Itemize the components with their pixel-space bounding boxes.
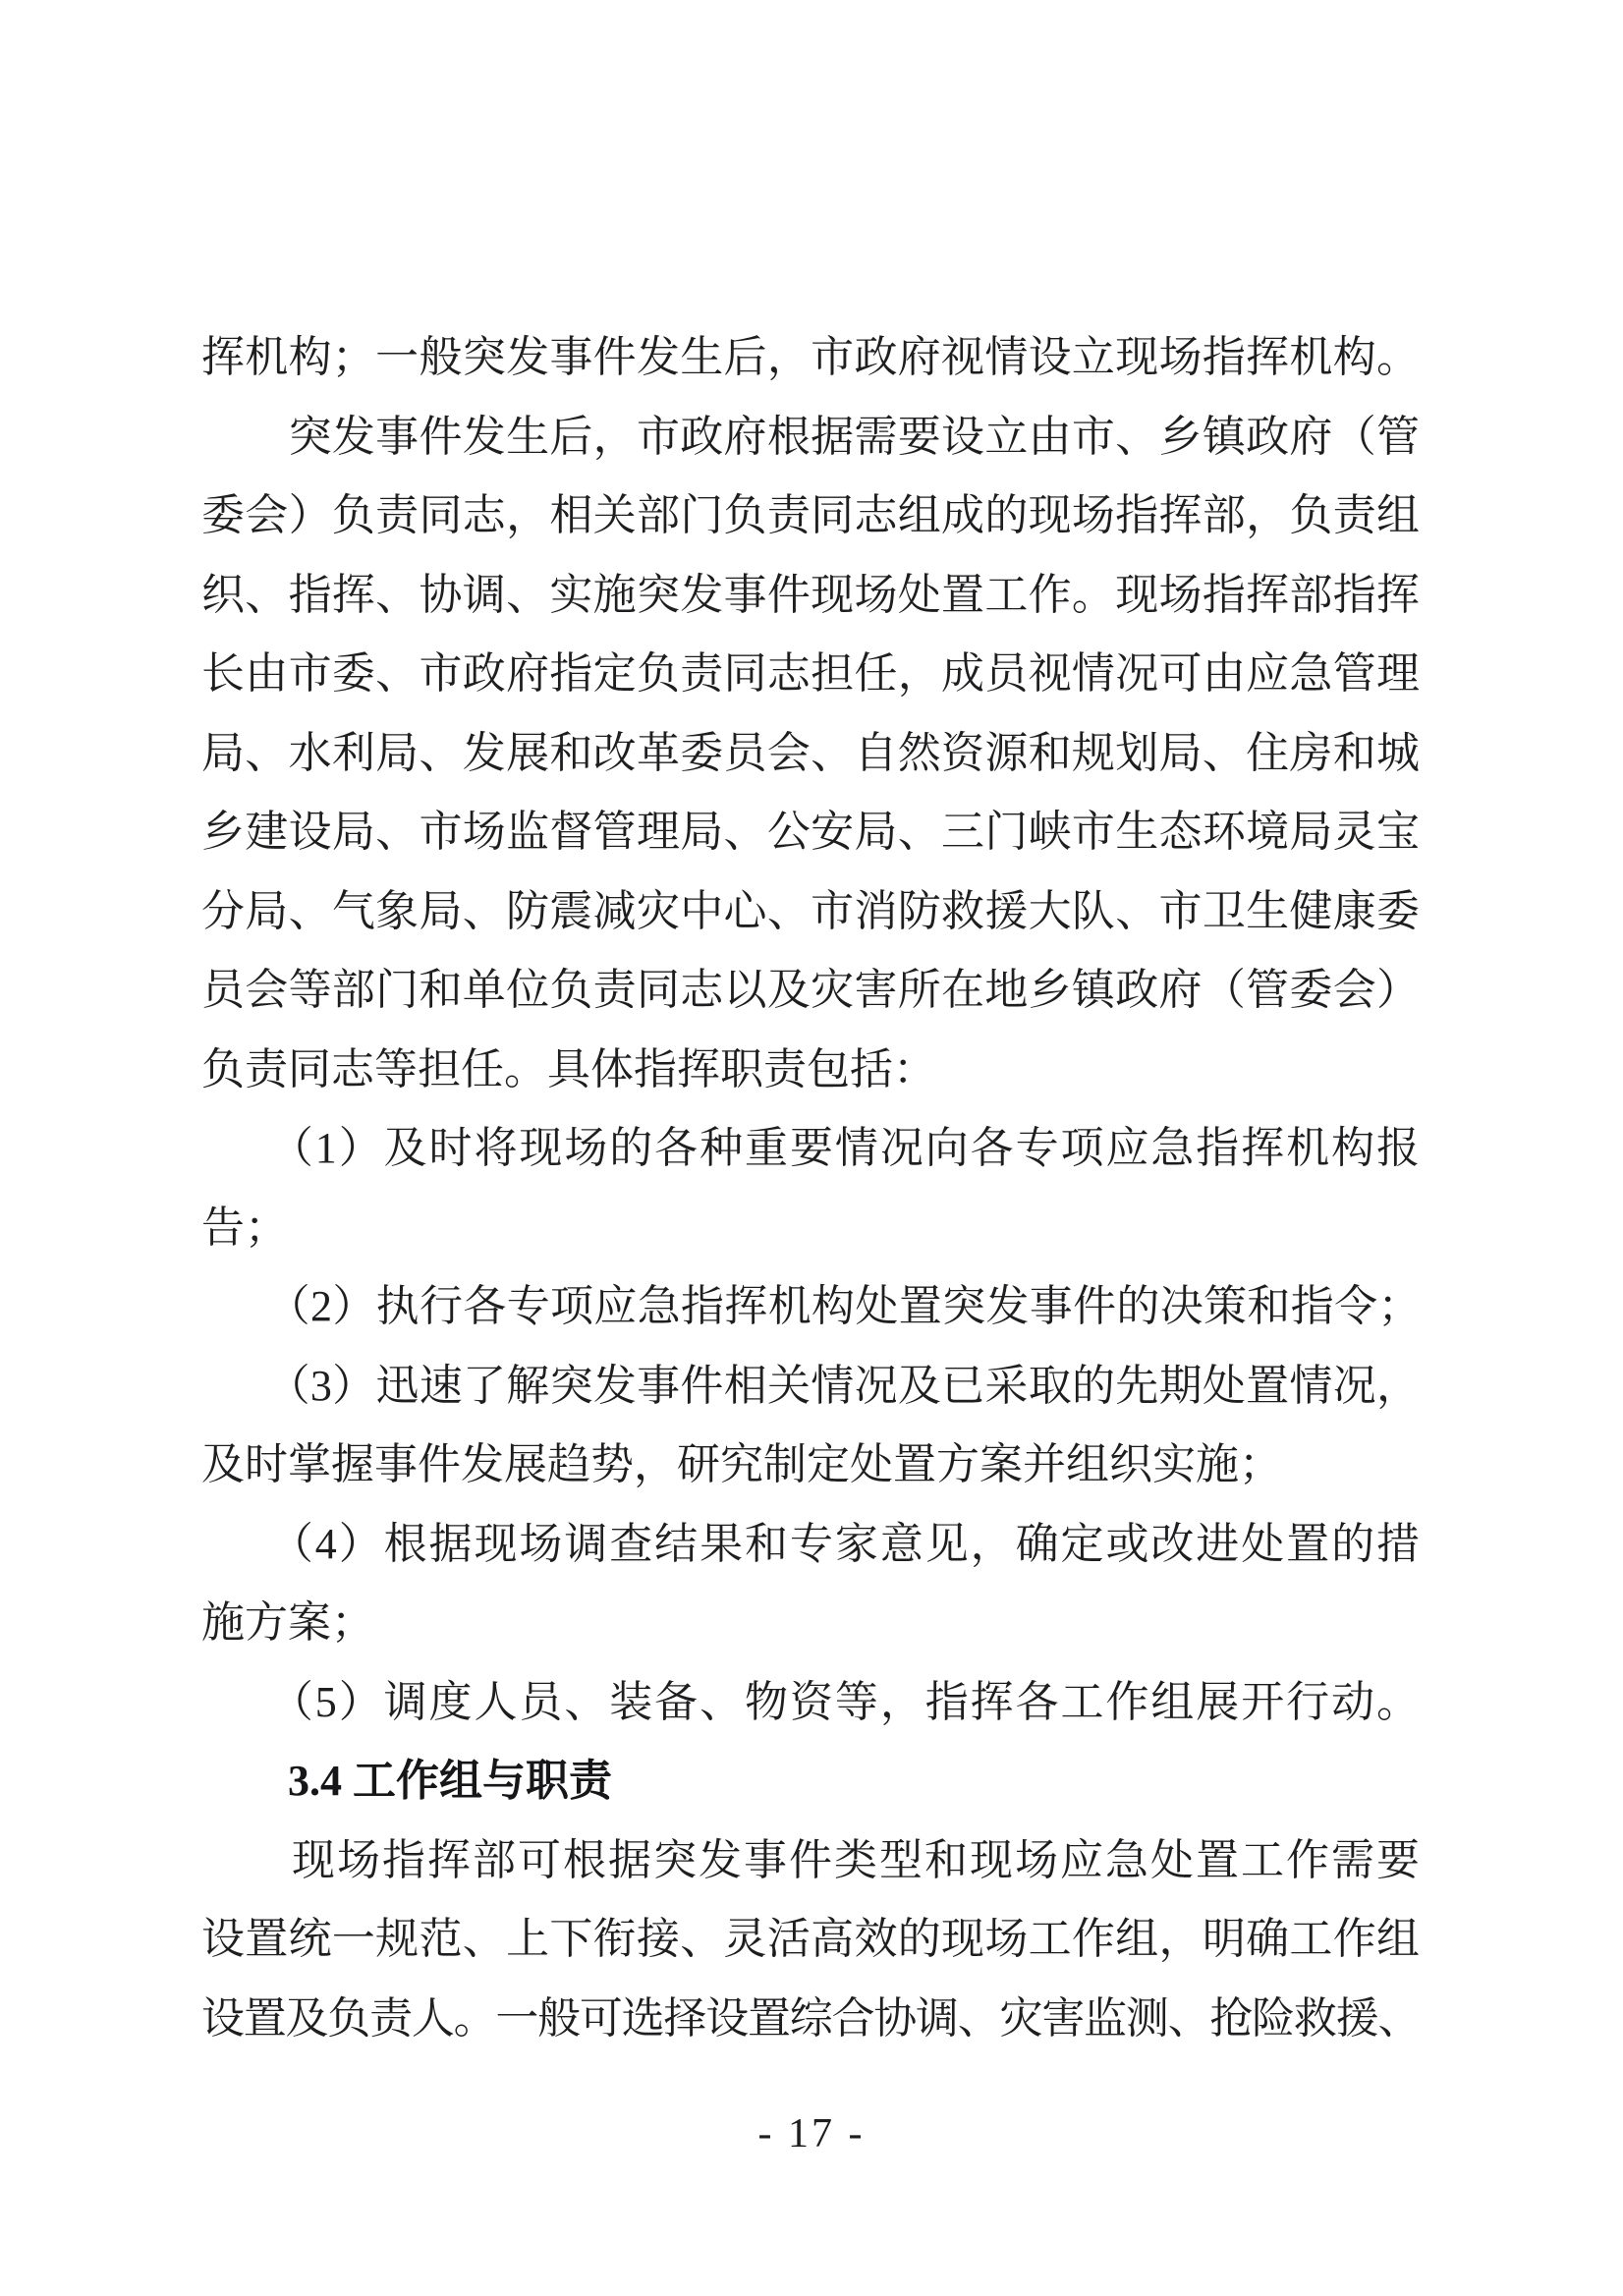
body-line: 员会等部门和单位负责同志以及灾害所在地乡镇政府（管委会） [201, 951, 1420, 1031]
body-line: 设置及负责人。一般可选择设置综合协调、灾害监测、抢险救援、 [201, 1980, 1420, 2059]
body-line: 告； [201, 1189, 1420, 1268]
body-line: 委会）负责同志，相关部门负责同志组成的现场指挥部，负责组 [201, 476, 1420, 556]
body-line: 分局、气象局、防震减灾中心、市消防救援大队、市卫生健康委 [201, 872, 1420, 952]
body-line: 现场指挥部可根据突发事件类型和现场应急处置工作需要 [201, 1821, 1420, 1901]
body-line: 设置统一规范、上下衔接、灵活高效的现场工作组，明确工作组 [201, 1900, 1420, 1980]
body-text: 挥机构；一般突发事件发生后，市政府视情设立现场指挥机构。 突发事件发生后，市政府… [201, 318, 1420, 2058]
body-line-item-2: （2）执行各专项应急指挥机构处置突发事件的决策和指令； [201, 1267, 1420, 1347]
body-line: 施方案； [201, 1584, 1420, 1663]
document-page: 挥机构；一般突发事件发生后，市政府视情设立现场指挥机构。 突发事件发生后，市政府… [0, 0, 1623, 2296]
body-line: 负责同志等担任。具体指挥职责包括： [201, 1031, 1420, 1110]
body-line: 突发事件发生后，市政府根据需要设立由市、乡镇政府（管 [201, 398, 1420, 477]
body-line: 及时掌握事件发展趋势，研究制定处置方案并组织实施； [201, 1426, 1420, 1505]
body-line: 长由市委、市政府指定负责同志担任，成员视情况可由应急管理 [201, 635, 1420, 714]
body-line: 局、水利局、发展和改革委员会、自然资源和规划局、住房和城 [201, 714, 1420, 794]
body-line: 织、指挥、协调、实施突发事件现场处置工作。现场指挥部指挥 [201, 556, 1420, 636]
section-heading-3-4: 3.4 工作组与职责 [201, 1742, 1420, 1821]
body-line-item-5: （5）调度人员、装备、物资等，指挥各工作组展开行动。 [201, 1663, 1420, 1743]
page-number: - 17 - [0, 2110, 1623, 2157]
body-line-item-3: （3）迅速了解突发事件相关情况及已采取的先期处置情况， [201, 1347, 1420, 1427]
body-line-item-4: （4）根据现场调查结果和专家意见，确定或改进处置的措 [201, 1505, 1420, 1585]
body-line-item-1: （1）及时将现场的各种重要情况向各专项应急指挥机构报 [201, 1109, 1420, 1189]
body-line: 挥机构；一般突发事件发生后，市政府视情设立现场指挥机构。 [201, 318, 1420, 398]
body-line: 乡建设局、市场监督管理局、公安局、三门峡市生态环境局灵宝 [201, 793, 1420, 872]
